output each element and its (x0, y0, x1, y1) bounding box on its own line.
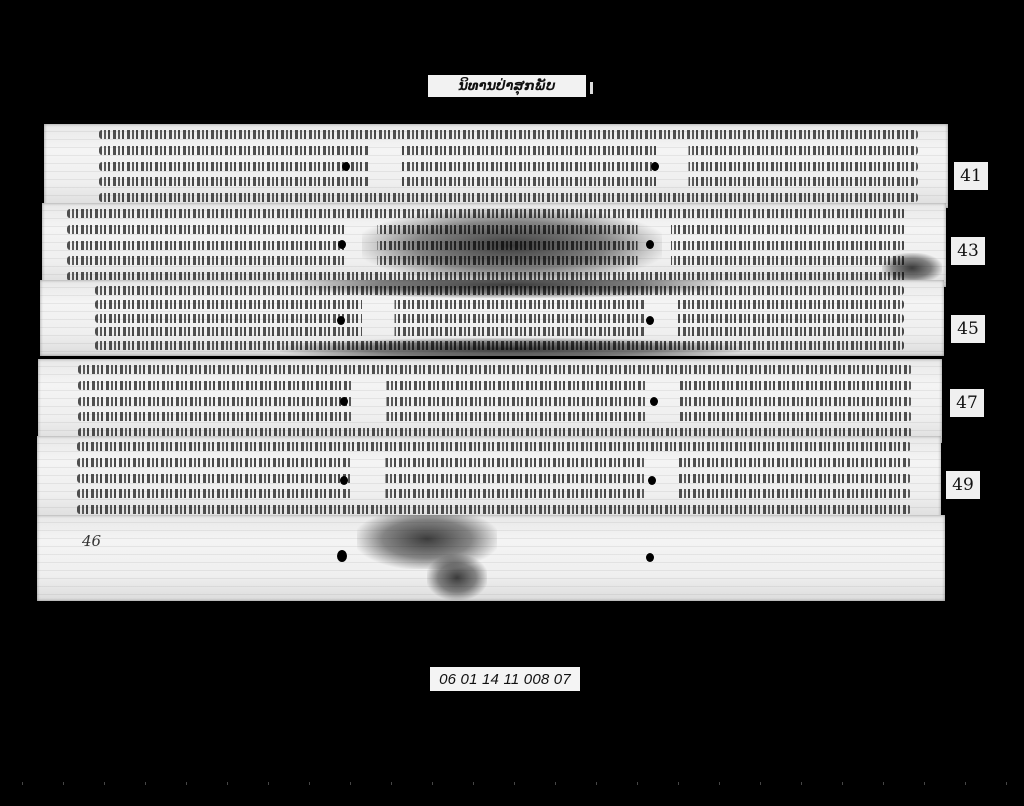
leaf-text-block (78, 365, 912, 437)
binding-hole-icon (338, 240, 346, 249)
stain-damage (362, 208, 662, 283)
script-line (77, 442, 911, 451)
stain-damage (300, 280, 720, 298)
script-line (95, 300, 904, 309)
script-line (95, 314, 904, 323)
handwritten-leaf-number: 46 (82, 532, 101, 550)
script-line (78, 412, 912, 421)
script-line (99, 193, 918, 202)
script-line (99, 146, 918, 155)
manuscript-leaf-1 (44, 124, 948, 208)
manuscript-leaf-2 (42, 203, 946, 287)
script-line (78, 397, 912, 406)
script-line (99, 177, 918, 186)
binding-hole-icon (340, 397, 348, 406)
page-number-tag: 43 (951, 237, 985, 265)
script-line (99, 162, 918, 171)
manuscript-leaf-5 (37, 436, 941, 520)
page-number-tag: 45 (951, 315, 985, 343)
script-line (78, 365, 912, 374)
binding-hole-icon (342, 162, 350, 171)
page-number-tag: 41 (954, 162, 988, 190)
script-line (78, 381, 912, 390)
binding-hole-icon (650, 397, 658, 406)
leaf-text-block (77, 442, 911, 514)
script-line (77, 474, 911, 483)
page-number-tag: 47 (950, 389, 984, 417)
catalog-number-label: 06 01 14 11 008 07 (430, 667, 580, 691)
script-line (77, 505, 911, 514)
script-line (77, 489, 911, 498)
stain-damage (427, 555, 487, 600)
stain-damage (280, 338, 740, 356)
manuscript-leaf-4 (38, 359, 942, 443)
manuscript-leaf-6-blank (37, 515, 945, 601)
script-line (77, 458, 911, 467)
binding-hole-icon (340, 476, 348, 485)
manuscript-leaf-3 (40, 280, 944, 356)
binding-hole-icon (646, 316, 654, 325)
title-label: ນິທານປ່າສຸກພັບ (428, 75, 586, 97)
film-edge-artifacts (0, 782, 1024, 785)
binding-hole-icon (337, 550, 347, 562)
leaf-text-block (99, 130, 918, 202)
stain-damage (882, 253, 942, 283)
script-line (95, 327, 904, 336)
binding-hole-icon (651, 162, 659, 171)
script-line (99, 130, 918, 139)
binding-hole-icon (646, 553, 654, 562)
page-number-tag: 49 (946, 471, 980, 499)
binding-hole-icon (648, 476, 656, 485)
title-label-edge-mark (590, 82, 593, 94)
binding-hole-icon (337, 316, 345, 325)
binding-hole-icon (646, 240, 654, 249)
